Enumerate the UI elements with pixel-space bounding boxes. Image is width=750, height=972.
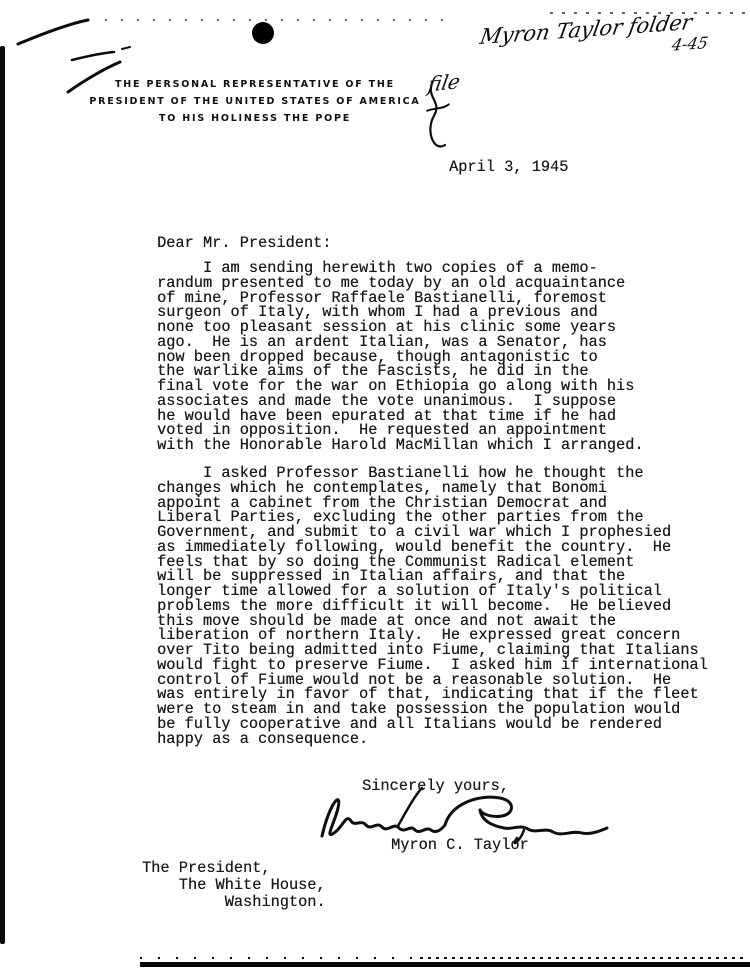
scanned-letter-page: Myron Taylor folder 4-45 file THE PERSON… — [0, 0, 750, 972]
letterhead: THE PERSONAL REPRESENTATIVE OF THE PRESI… — [85, 76, 425, 127]
body-paragraph-1: I am sending herewith two copies of a me… — [157, 261, 644, 453]
typed-signature-name: Myron C. Taylor — [391, 838, 529, 853]
scan-bottom-edge-bar — [140, 962, 750, 967]
scan-noise-dots-top-left — [105, 19, 455, 21]
handwritten-folder-note: Myron Taylor folder 4-45 — [474, 7, 742, 72]
letterhead-line3: TO HIS HOLINESS THE POPE — [85, 110, 425, 127]
scan-noise-dots-bottom-left — [140, 957, 420, 959]
letterhead-line1: THE PERSONAL REPRESENTATIVE OF THE — [85, 76, 425, 93]
salutation: Dear Mr. President: — [157, 236, 331, 251]
hole-punch-mark — [252, 22, 274, 44]
scan-noise-dots-bottom-right — [420, 957, 746, 959]
body-paragraph-2: I asked Professor Bastianelli how he tho… — [157, 466, 708, 746]
file-note-text: file — [426, 69, 462, 97]
scan-edge-artifact — [0, 46, 5, 944]
recipient-address-block: The President, The White House, Washingt… — [142, 860, 326, 911]
date-line: April 3, 1945 — [449, 160, 568, 175]
letterhead-line2: PRESIDENT OF THE UNITED STATES OF AMERIC… — [85, 93, 425, 110]
